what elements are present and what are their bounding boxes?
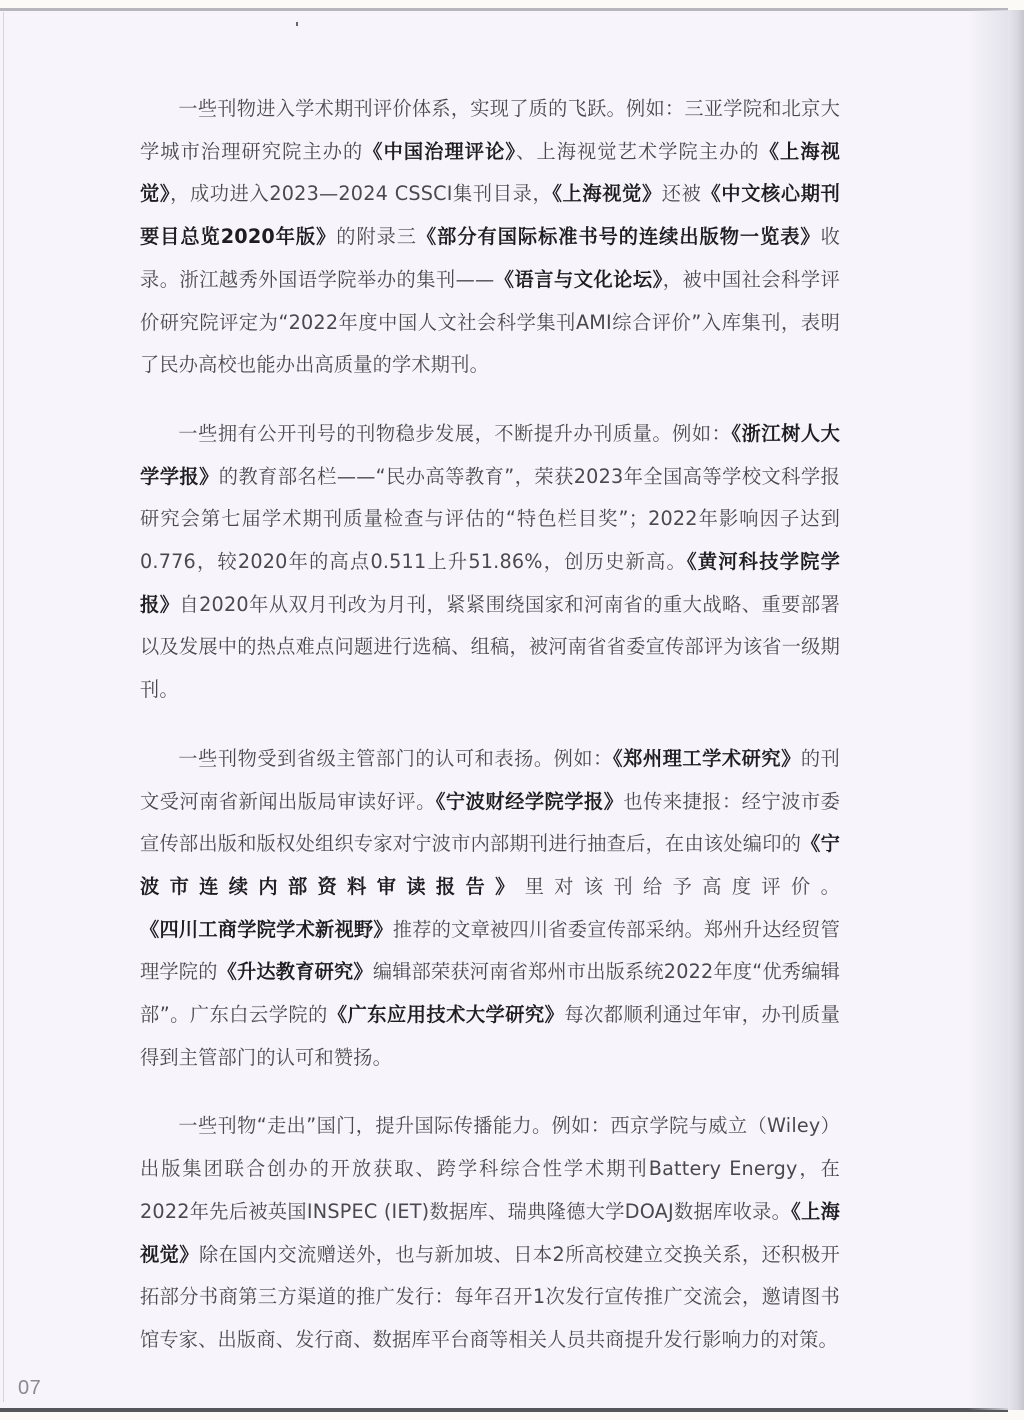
page-right-edge [1008,10,1024,1410]
page-number: 07 [18,1377,41,1400]
text-segment: 除在国内交流赠送外，也与新加坡、日本2所高校建立交换关系，还积极开拓部分书商第三… [140,1243,840,1351]
paragraph-international-reach: 一些刊物“走出”国门，提升国际传播能力。例如：西京学院与威立（Wiley）出版集… [140,1105,840,1361]
journal-title: 《部分有国际标准书号的连续出版物一览表》 [417,225,821,248]
text-segment: 一些刊物“走出”国门，提升国际传播能力。例如：西京学院与威立（Wiley）出版集… [140,1114,840,1222]
journal-title: 《郑州理工学术研究》 [613,747,801,770]
paragraph-provincial-recognition: 一些刊物受到省级主管部门的认可和表扬。例如：《郑州理工学术研究》的刊文受河南省新… [140,738,840,1080]
journal-title: 《升达教育研究》 [218,960,373,983]
text-segment: 一些拥有公开刊号的刊物稳步发展，不断提升办刊质量。例如： [178,422,731,445]
text-segment: 的附录三 [336,225,417,248]
paragraph-academic-evaluation: 一些刊物进入学术期刊评价体系，实现了质的飞跃。例如：三亚学院和北京大学城市治理研… [140,88,840,387]
page-left-edge [3,12,4,1402]
text-segment: 、上海视觉艺术学院主办的 [516,140,760,163]
journal-title: 《广东应用技术大学研究》 [328,1003,565,1026]
paragraph-steady-development: 一些拥有公开刊号的刊物稳步发展，不断提升办刊质量。例如：《浙江树人大学学报》的教… [140,413,840,712]
journal-title: 《语言与文化论坛》 [494,268,662,291]
text-segment: ，成功进入2023—2024 CSSCI集刊目录， [170,182,552,205]
journal-title: 《上海视觉》 [552,182,662,205]
text-segment: 还被 [662,182,702,205]
journal-title: 《宁波财经学院学报》 [436,790,624,813]
page-gutter-shadow [968,10,1008,1410]
journal-title: 《四川工商学院学术新视野》 [140,918,393,941]
text-segment: 自2020年从双月刊改为月刊，紧紧围绕国家和河南省的重大战略、重要部署以及发展中… [140,593,840,701]
text-segment: 一些刊物受到省级主管部门的认可和表扬。例如： [178,747,613,770]
scan-speck [296,22,298,26]
text-segment: 里对该刊给予高度评价。 [525,875,840,898]
journal-title: 《中国治理评论》 [363,140,516,163]
article-body: 一些刊物进入学术期刊评价体系，实现了质的飞跃。例如：三亚学院和北京大学城市治理研… [140,88,840,1388]
